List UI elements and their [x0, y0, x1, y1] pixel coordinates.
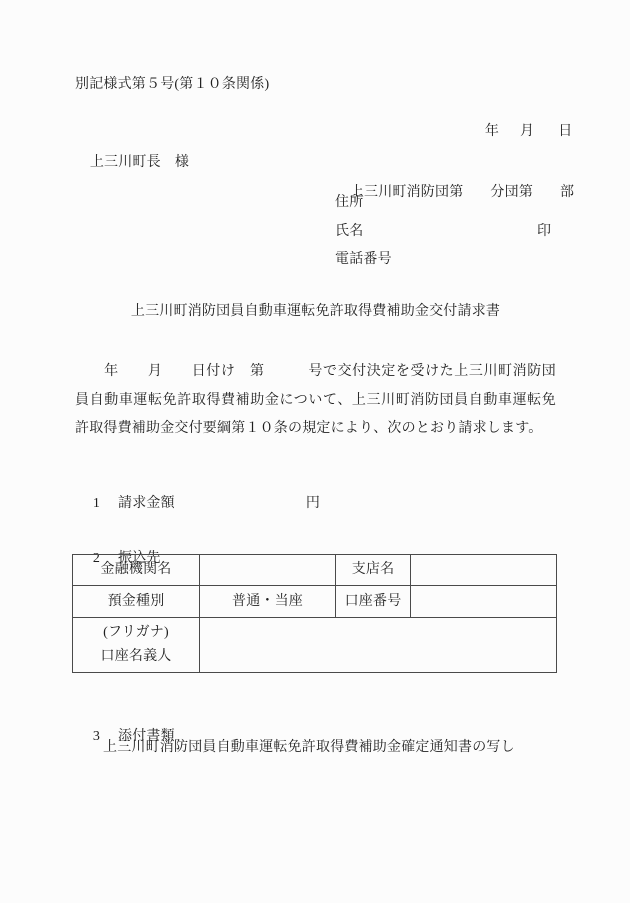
- account-number-value-cell: [411, 586, 557, 618]
- holder-label: 口座名義人: [73, 645, 199, 669]
- item-claim-line: 1請求金額円: [78, 477, 320, 531]
- branch-value-cell: [411, 555, 557, 586]
- item-claim-unit: 円: [306, 496, 320, 511]
- sender-address-label: 住所: [335, 194, 363, 212]
- document-page: 別記様式第５号(第１０条関係) 年月日 上三川町長様 上三川町消防団第分団第部 …: [0, 0, 630, 903]
- item-claim-label: 請求金額: [118, 496, 175, 511]
- sender-unit-mid: 分団第: [490, 185, 533, 200]
- date-year-label: 年: [485, 124, 499, 139]
- sender-unit-suffix: 部: [560, 185, 574, 200]
- addressee-honorific: 様: [175, 155, 189, 170]
- sender-unit-prefix: 上三川町消防団第: [350, 185, 464, 200]
- addressee-line: 上三川町長様: [75, 136, 189, 190]
- document-title: 上三川町消防団員自動車運転免許取得費補助金交付請求書: [75, 303, 556, 321]
- date-line: 年月日: [470, 105, 572, 159]
- attachment-document-name: 上三川町消防団員自動車運転免許取得費補助金確定通知書の写し: [103, 739, 515, 757]
- holder-label-cell: (フリガナ) 口座名義人: [73, 618, 200, 673]
- holder-value-cell: [200, 618, 557, 673]
- sender-unit-line: 上三川町消防団第分団第部: [335, 166, 574, 220]
- body-paragraph: 年 月 日付け 第 号で交付決定を受けた上三川町消防団員自動車運転免許取得費補助…: [75, 358, 556, 444]
- form-number: 別記様式第５号(第１０条関係): [75, 76, 269, 94]
- furigana-label: (フリガナ): [73, 621, 199, 645]
- item-claim-number: 1: [93, 496, 100, 511]
- date-month-label: 月: [520, 124, 534, 139]
- sender-phone-label: 電話番号: [335, 251, 392, 269]
- deposit-type-value-cell: 普通・当座: [200, 586, 336, 618]
- institution-value-cell: [200, 555, 336, 586]
- sender-name-label: 氏名: [335, 223, 363, 241]
- date-day-label: 日: [558, 124, 572, 139]
- seal-label: 印: [537, 223, 551, 241]
- item-attachments-number: 3: [93, 729, 100, 744]
- table-row: (フリガナ) 口座名義人: [73, 618, 557, 673]
- deposit-type-label-cell: 預金種別: [73, 586, 200, 618]
- addressee-name: 上三川町長: [90, 155, 161, 170]
- table-row: 金融機関名 支店名: [73, 555, 557, 586]
- account-number-label-cell: 口座番号: [336, 586, 411, 618]
- institution-label-cell: 金融機関名: [73, 555, 200, 586]
- table-row: 預金種別 普通・当座 口座番号: [73, 586, 557, 618]
- bank-transfer-table: 金融機関名 支店名 預金種別 普通・当座 口座番号 (フリガナ) 口座名義人: [72, 554, 557, 673]
- branch-label-cell: 支店名: [336, 555, 411, 586]
